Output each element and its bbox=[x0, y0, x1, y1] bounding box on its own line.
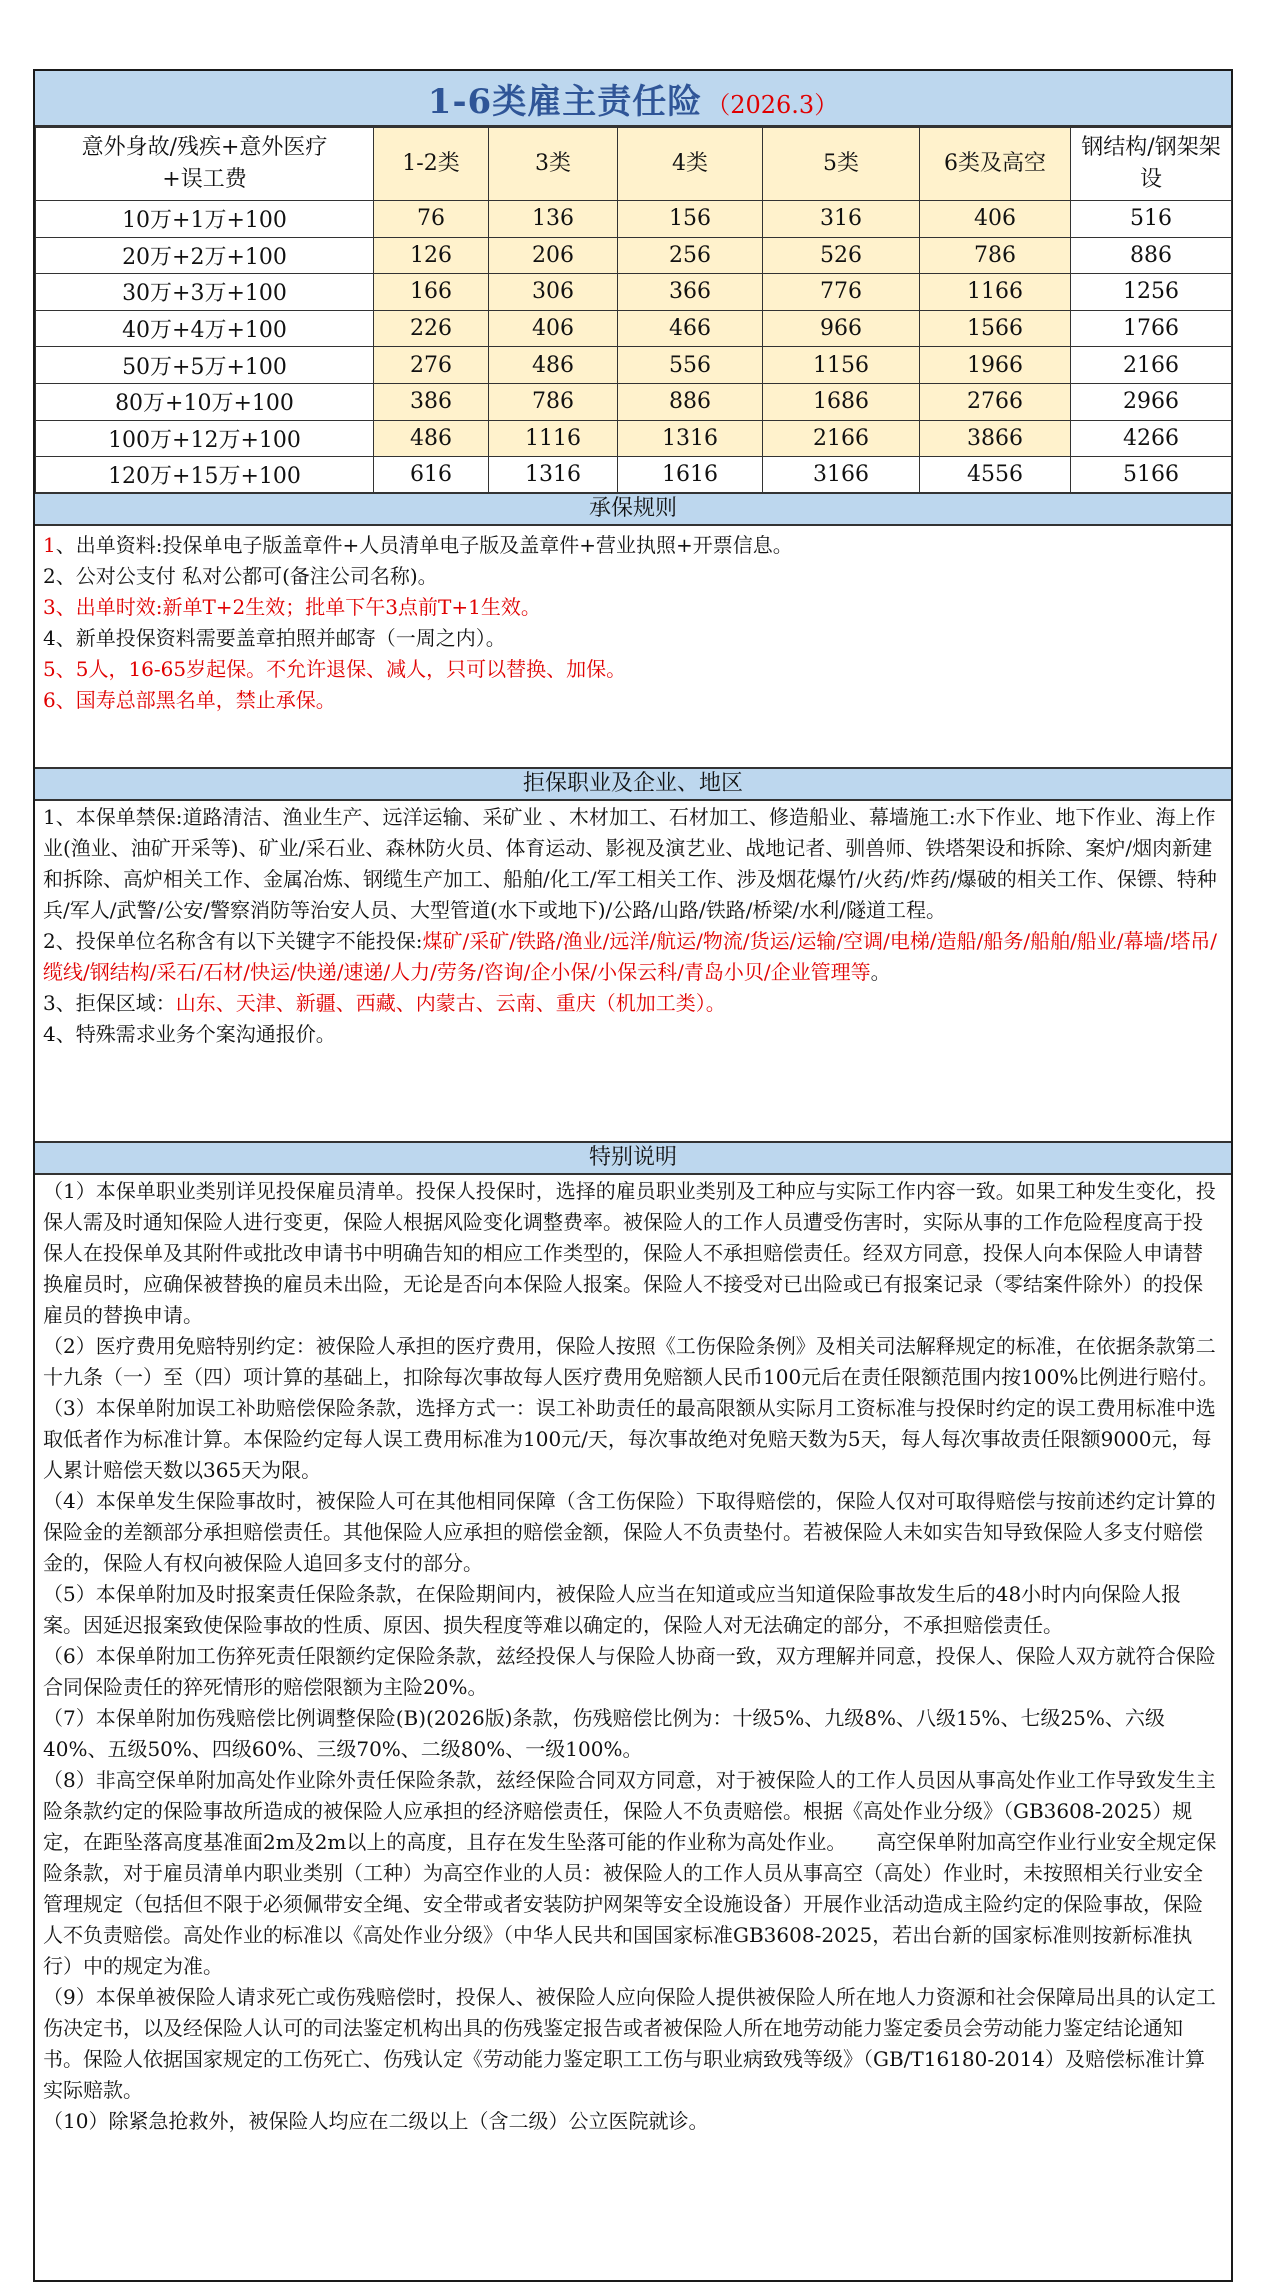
premium-cell: 966 bbox=[763, 310, 920, 347]
premium-cell: 406 bbox=[489, 310, 618, 347]
premium-cell: 1156 bbox=[763, 347, 920, 384]
premium-cell: 1616 bbox=[618, 457, 763, 494]
premium-cell: 316 bbox=[763, 201, 920, 238]
premium-cell: 1316 bbox=[489, 457, 618, 494]
table-row: 20万+2万+100 126 206 256 526 786 886 bbox=[36, 237, 1232, 274]
note-item: （7）本保单附加伤残赔偿比例调整保险(B)(2026版)条款，伤残赔偿比例为：十… bbox=[43, 1703, 1219, 1765]
premium-cell: 406 bbox=[920, 201, 1071, 238]
note-item: （10）除紧急抢救外，被保险人均应在二级以上（含二级）公立医院就诊。 bbox=[43, 2106, 1219, 2137]
special-notes-list: （1）本保单职业类别详见投保雇员清单。投保人投保时，选择的雇员职业类别及工种应与… bbox=[35, 1176, 1231, 2276]
premium-cell: 166 bbox=[374, 274, 489, 311]
rule-item: 5、5人，16-65岁起保。不允许退保、减人，只可以替换、加保。 bbox=[43, 654, 1219, 685]
premium-cell: 886 bbox=[618, 383, 763, 420]
column-header-class-3: 3类 bbox=[489, 128, 618, 201]
column-header-class-6-high: 6类及高空 bbox=[920, 128, 1071, 201]
premium-cell: 3866 bbox=[920, 420, 1071, 457]
note-item: （8）非高空保单附加高处作业除外责任保险条款，兹经保险合同双方同意，对于被保险人… bbox=[43, 1765, 1219, 1982]
title-bar: 1-6类雇主责任险 （2026.3） bbox=[35, 71, 1231, 127]
premium-cell: 1116 bbox=[489, 420, 618, 457]
page-title: 1-6类雇主责任险 bbox=[428, 74, 702, 123]
underwriting-rules-list: 1、出单资料:投保单电子版盖章件+人员清单电子版及盖章件+营业执照+开票信息。 … bbox=[35, 530, 1231, 768]
premium-cell: 1316 bbox=[618, 420, 763, 457]
premium-cell: 786 bbox=[489, 383, 618, 420]
premium-cell: 206 bbox=[489, 237, 618, 274]
premium-cell: 1686 bbox=[763, 383, 920, 420]
premium-cell: 466 bbox=[618, 310, 763, 347]
coverage-cell: 120万+15万+100 bbox=[36, 457, 374, 494]
column-header-coverage: 意外身故/残疾+意外医疗+误工费 bbox=[36, 128, 374, 201]
table-header-row: 意外身故/残疾+意外医疗+误工费 1-2类 3类 4类 5类 6类及高空 钢结构… bbox=[36, 128, 1232, 201]
premium-cell: 76 bbox=[374, 201, 489, 238]
coverage-cell: 80万+10万+100 bbox=[36, 383, 374, 420]
premium-cell: 486 bbox=[374, 420, 489, 457]
premium-cell: 306 bbox=[489, 274, 618, 311]
rejection-item-occupations: 1、本保单禁保:道路清洁、渔业生产、远洋运输、采矿业 、木材加工、石材加工、修造… bbox=[43, 802, 1219, 926]
premium-cell: 2966 bbox=[1071, 383, 1232, 420]
column-header-class-5: 5类 bbox=[763, 128, 920, 201]
table-row: 10万+1万+100 76 136 156 316 406 516 bbox=[36, 201, 1232, 238]
table-row: 30万+3万+100 166 306 366 776 1166 1256 bbox=[36, 274, 1232, 311]
note-item: （5）本保单附加及时报案责任保险条款，在保险期间内，被保险人应当在知道或应当知道… bbox=[43, 1579, 1219, 1641]
coverage-cell: 50万+5万+100 bbox=[36, 347, 374, 384]
table-row: 40万+4万+100 226 406 466 966 1566 1766 bbox=[36, 310, 1232, 347]
premium-cell: 4266 bbox=[1071, 420, 1232, 457]
premium-cell: 136 bbox=[489, 201, 618, 238]
rule-item: 4、新单投保资料需要盖章拍照并邮寄（一周之内）。 bbox=[43, 623, 1219, 654]
note-item: （4）本保单发生保险事故时，被保险人可在其他相同保障（含工伤保险）下取得赔偿的，… bbox=[43, 1486, 1219, 1579]
coverage-cell: 10万+1万+100 bbox=[36, 201, 374, 238]
premium-cell: 1166 bbox=[920, 274, 1071, 311]
rate-sheet: 1-6类雇主责任险 （2026.3） 意外身故/残疾+意外医疗+误工费 1-2类… bbox=[33, 69, 1233, 2282]
rejected-regions: 山东、天津、新疆、西藏、内蒙古、云南、重庆（机加工类）。 bbox=[176, 991, 726, 1015]
column-header-class-1-2: 1-2类 bbox=[374, 128, 489, 201]
premium-cell: 526 bbox=[763, 237, 920, 274]
note-item: （9）本保单被保险人请求死亡或伤残赔偿时，投保人、被保险人应向保险人提供被保险人… bbox=[43, 1982, 1219, 2106]
premium-cell: 386 bbox=[374, 383, 489, 420]
premium-cell: 486 bbox=[489, 347, 618, 384]
coverage-cell: 30万+3万+100 bbox=[36, 274, 374, 311]
note-item: （1）本保单职业类别详见投保雇员清单。投保人投保时，选择的雇员职业类别及工种应与… bbox=[43, 1176, 1219, 1331]
premium-cell: 366 bbox=[618, 274, 763, 311]
rule-item: 2、公对公支付 私对公都可(备注公司名称)。 bbox=[43, 561, 1219, 592]
premium-cell: 2166 bbox=[1071, 347, 1232, 384]
premium-cell: 2766 bbox=[920, 383, 1071, 420]
column-header-steel: 钢结构/钢架架设 bbox=[1071, 128, 1232, 201]
premium-cell: 1256 bbox=[1071, 274, 1232, 311]
rejection-item-keywords: 2、投保单位名称含有以下关键字不能投保:煤矿/采矿/铁路/渔业/远洋/航运/物流… bbox=[43, 926, 1219, 988]
premium-rate-table: 意外身故/残疾+意外医疗+误工费 1-2类 3类 4类 5类 6类及高空 钢结构… bbox=[35, 127, 1232, 494]
rule-number: 1 bbox=[43, 533, 56, 557]
table-row: 100万+12万+100 486 1116 1316 2166 3866 426… bbox=[36, 420, 1232, 457]
table-row: 50万+5万+100 276 486 556 1156 1966 2166 bbox=[36, 347, 1232, 384]
section-header-special-notes: 特别说明 bbox=[35, 1141, 1231, 1175]
premium-cell: 556 bbox=[618, 347, 763, 384]
premium-cell: 4556 bbox=[920, 457, 1071, 494]
note-item: （3）本保单附加误工补助赔偿保险条款，选择方式一：误工补助责任的最高限额从实际月… bbox=[43, 1393, 1219, 1486]
premium-cell: 1966 bbox=[920, 347, 1071, 384]
column-header-class-4: 4类 bbox=[618, 128, 763, 201]
section-header-underwriting-rules: 承保规则 bbox=[35, 492, 1231, 526]
premium-cell: 126 bbox=[374, 237, 489, 274]
premium-cell: 156 bbox=[618, 201, 763, 238]
premium-cell: 1766 bbox=[1071, 310, 1232, 347]
table-row: 120万+15万+100 616 1316 1616 3166 4556 516… bbox=[36, 457, 1232, 494]
premium-cell: 276 bbox=[374, 347, 489, 384]
rule-item: 1、出单资料:投保单电子版盖章件+人员清单电子版及盖章件+营业执照+开票信息。 bbox=[43, 530, 1219, 561]
premium-cell: 3166 bbox=[763, 457, 920, 494]
premium-cell: 1566 bbox=[920, 310, 1071, 347]
premium-cell: 516 bbox=[1071, 201, 1232, 238]
rule-item: 6、国寿总部黑名单，禁止承保。 bbox=[43, 685, 1219, 716]
coverage-cell: 100万+12万+100 bbox=[36, 420, 374, 457]
title-date: （2026.3） bbox=[706, 85, 838, 120]
note-item: （2）医疗费用免赔特别约定：被保险人承担的医疗费用，保险人按照《工伤保险条例》及… bbox=[43, 1331, 1219, 1393]
premium-cell: 2166 bbox=[763, 420, 920, 457]
coverage-cell: 40万+4万+100 bbox=[36, 310, 374, 347]
rejections-list: 1、本保单禁保:道路清洁、渔业生产、远洋运输、采矿业 、木材加工、石材加工、修造… bbox=[35, 802, 1231, 1142]
premium-cell: 256 bbox=[618, 237, 763, 274]
premium-cell: 226 bbox=[374, 310, 489, 347]
premium-cell: 776 bbox=[763, 274, 920, 311]
rejection-item-regions: 3、拒保区域：山东、天津、新疆、西藏、内蒙古、云南、重庆（机加工类）。 bbox=[43, 988, 1219, 1019]
premium-cell: 886 bbox=[1071, 237, 1232, 274]
premium-cell: 786 bbox=[920, 237, 1071, 274]
premium-cell: 616 bbox=[374, 457, 489, 494]
section-header-rejections: 拒保职业及企业、地区 bbox=[35, 767, 1231, 801]
rejection-item-special: 4、特殊需求业务个案沟通报价。 bbox=[43, 1019, 1219, 1050]
premium-cell: 5166 bbox=[1071, 457, 1232, 494]
coverage-cell: 20万+2万+100 bbox=[36, 237, 374, 274]
table-row: 80万+10万+100 386 786 886 1686 2766 2966 bbox=[36, 383, 1232, 420]
note-item: （6）本保单附加工伤猝死责任限额约定保险条款，兹经投保人与保险人协商一致，双方理… bbox=[43, 1641, 1219, 1703]
rule-item: 3、出单时效:新单T+2生效；批单下午3点前T+1生效。 bbox=[43, 592, 1219, 623]
